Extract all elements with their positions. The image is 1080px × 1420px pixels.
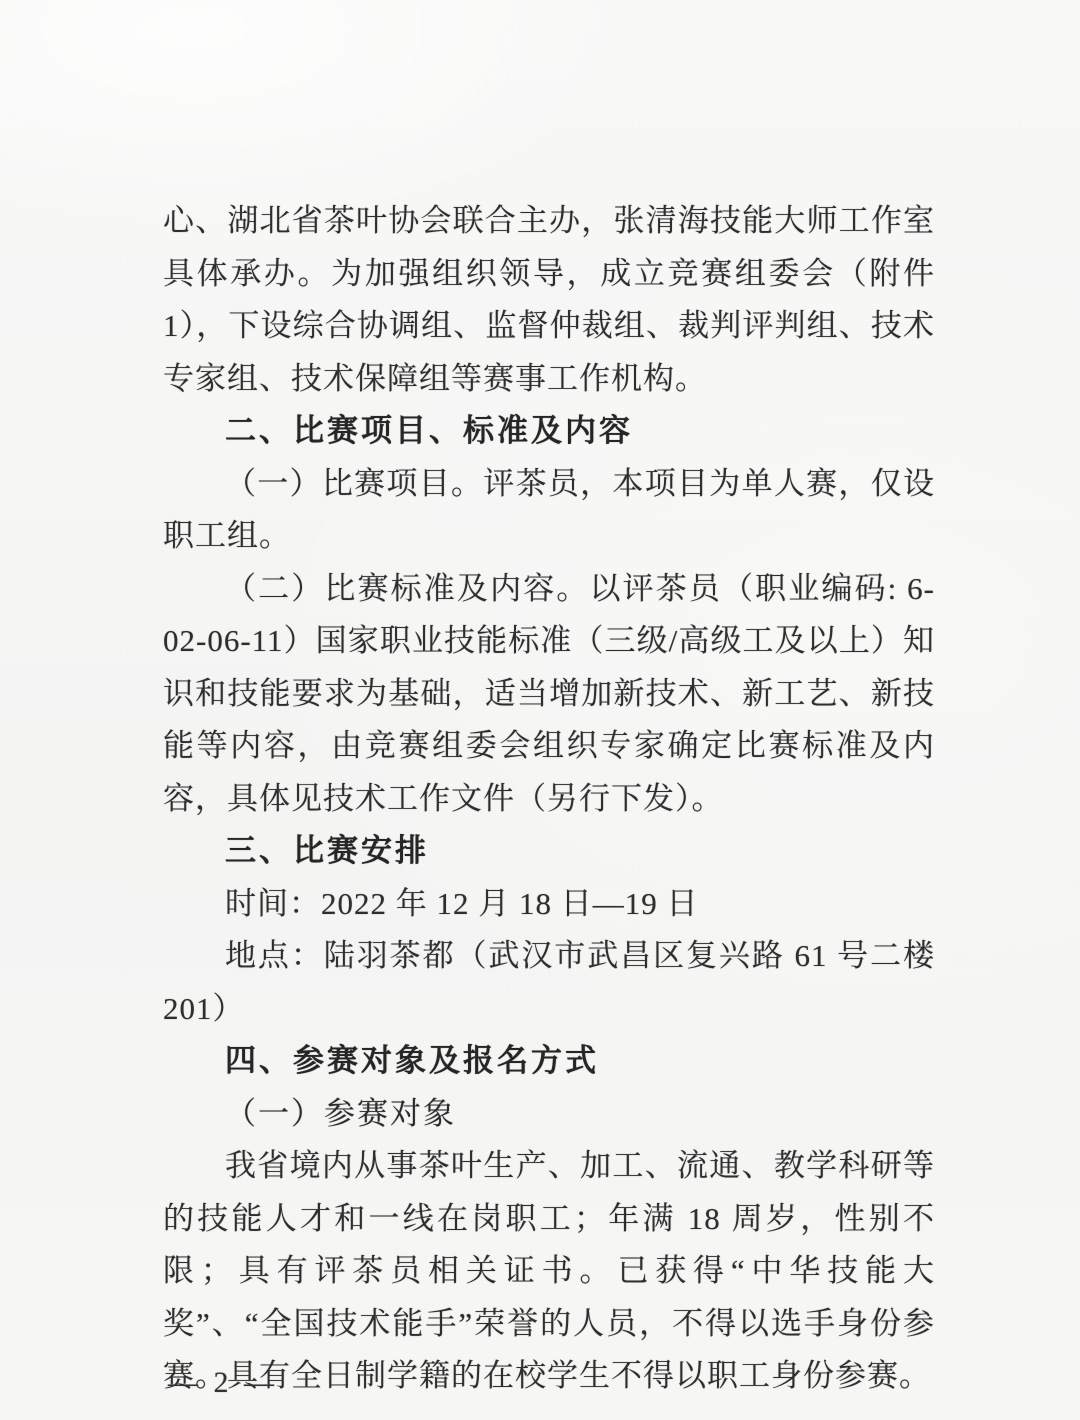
section-heading-4: 四、参赛对象及报名方式 (163, 1035, 935, 1088)
document-content: 心、湖北省茶叶协会联合主办，张清海技能大师工作室具体承办。为加强组织领导，成立竞… (163, 195, 935, 1403)
body-paragraph-competition-standards: （二）比赛标准及内容。以评茶员（职业编码: 6-02-06-11）国家职业技能标… (163, 563, 935, 826)
body-paragraph-location: 地点：陆羽茶都（武汉市武昌区复兴路 61 号二楼 201） (163, 930, 935, 1035)
page-number: — 2 — (168, 1357, 278, 1409)
body-paragraph-time: 时间：2022 年 12 月 18 日—19 日 (163, 878, 935, 931)
sub-heading-participants: （一）参赛对象 (163, 1088, 935, 1141)
section-heading-3: 三、比赛安排 (163, 825, 935, 878)
body-paragraph-eligibility: 我省境内从事茶叶生产、加工、流通、教学科研等的技能人才和一线在岗职工；年满 18… (163, 1140, 935, 1403)
section-heading-2: 二、比赛项目、标准及内容 (163, 405, 935, 458)
paragraph-continuation: 心、湖北省茶叶协会联合主办，张清海技能大师工作室具体承办。为加强组织领导，成立竞… (163, 195, 935, 405)
document-page: 心、湖北省茶叶协会联合主办，张清海技能大师工作室具体承办。为加强组织领导，成立竞… (0, 0, 1080, 1420)
body-paragraph-competition-event: （一）比赛项目。评茶员，本项目为单人赛，仅设职工组。 (163, 458, 935, 563)
